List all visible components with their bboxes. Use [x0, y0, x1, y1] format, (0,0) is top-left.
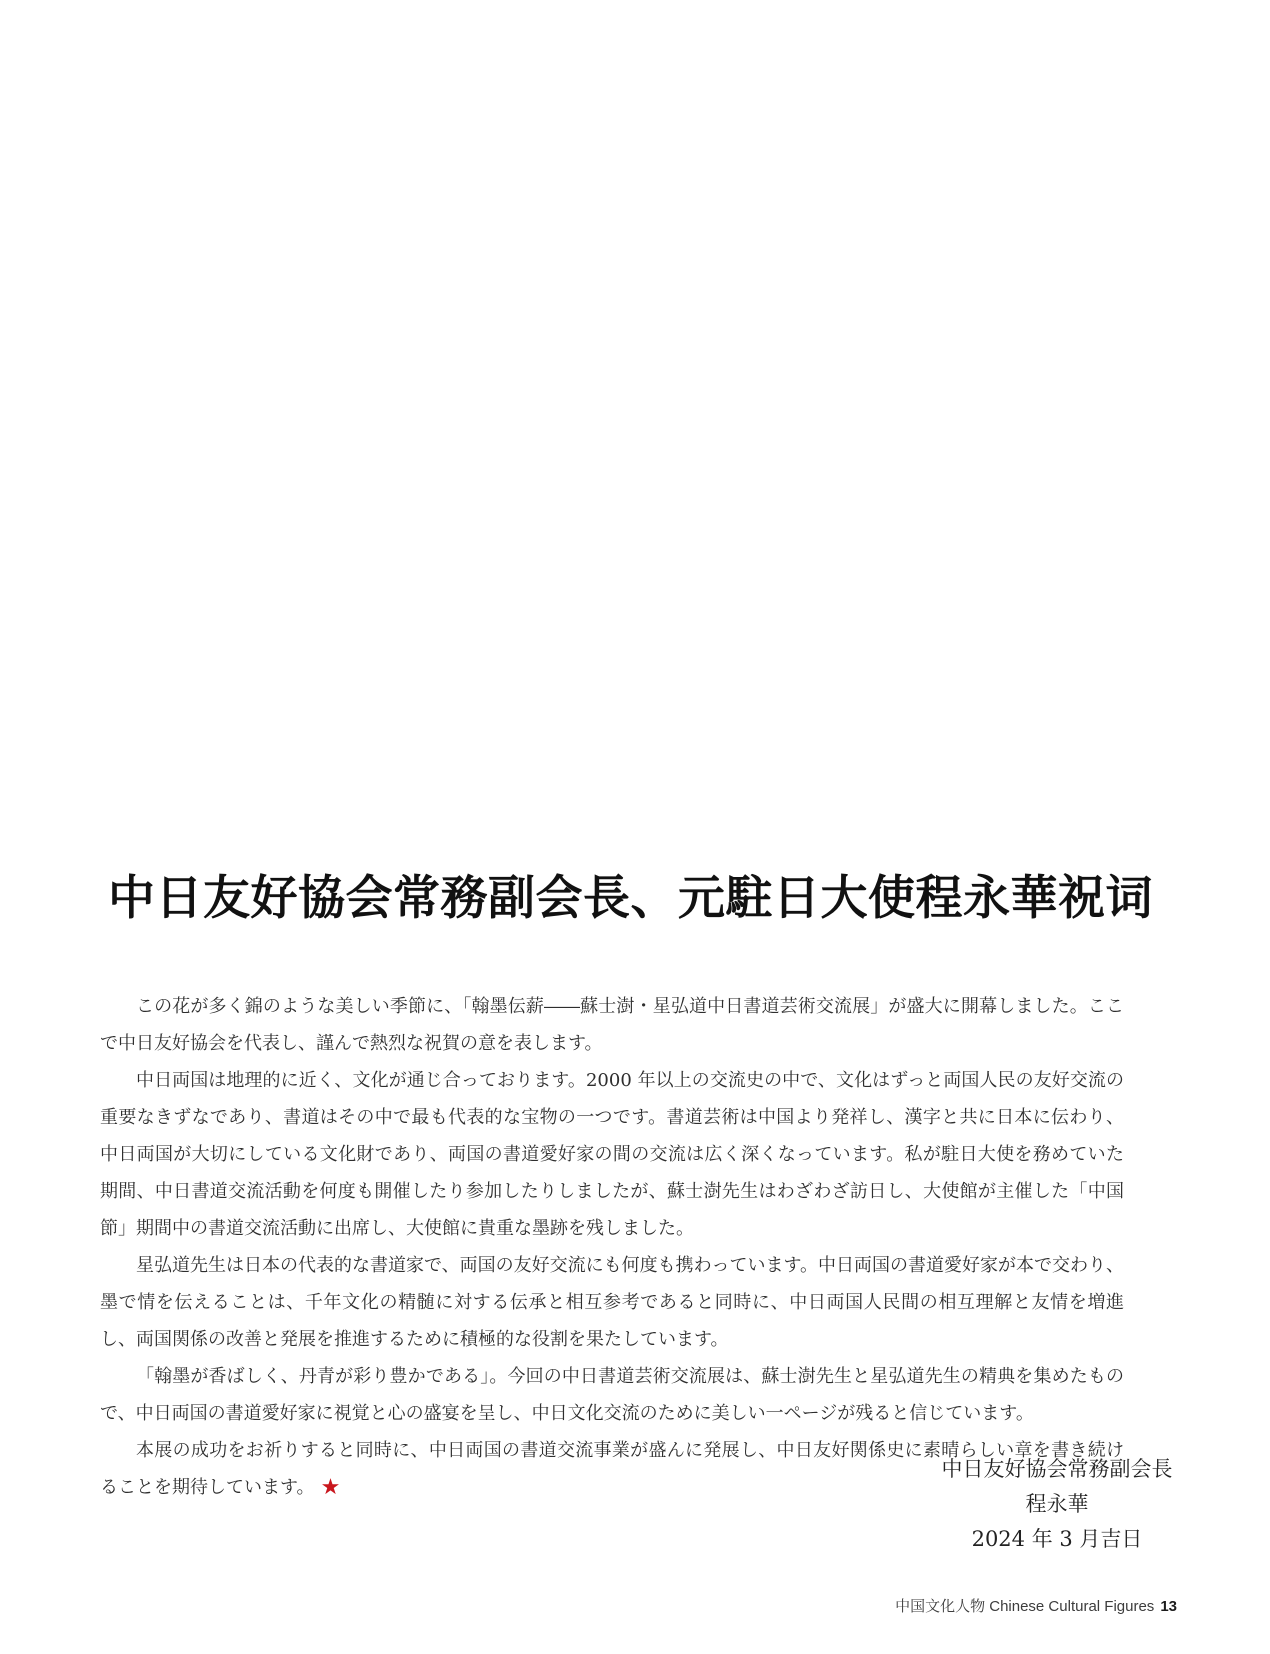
article-body: この花が多く錦のような美しい季節に、「翰墨伝薪――蘇士澍・星弘道中日書道芸術交流… [100, 988, 1124, 1506]
signature-title: 中日友好協会常務副会長 [876, 1452, 1238, 1487]
end-of-article-star-icon: ★ [321, 1475, 341, 1500]
signature-name: 程永華 [876, 1487, 1238, 1522]
body-paragraph: この花が多く錦のような美しい季節に、「翰墨伝薪――蘇士澍・星弘道中日書道芸術交流… [100, 988, 1124, 1062]
article-title: 中日友好協会常務副会長、元駐日大使程永華祝词 [108, 861, 1168, 928]
footer-publication-label: 中国文化人物 Chinese Cultural Figures [895, 1598, 1154, 1615]
footer-page-number: 13 [1160, 1598, 1177, 1615]
body-paragraph: 星弘道先生は日本の代表的な書道家で、両国の友好交流にも何度も携わっています。中日… [100, 1247, 1124, 1358]
page-footer: 中国文化人物 Chinese Cultural Figures13 [895, 1595, 1177, 1616]
signature-block: 中日友好協会常務副会長 程永華 2024 年 3 月吉日 [876, 1452, 1238, 1557]
signature-date: 2024 年 3 月吉日 [876, 1522, 1238, 1557]
body-paragraph: 「翰墨が香ばしく、丹青が彩り豊かである」。今回の中日書道芸術交流展は、蘇士澍先生… [100, 1358, 1124, 1432]
magazine-page: 中日友好協会常務副会長、元駐日大使程永華祝词 この花が多く錦のような美しい季節に… [0, 0, 1270, 1654]
body-paragraph: 中日両国は地理的に近く、文化が通じ合っております。2000 年以上の交流史の中で… [100, 1062, 1124, 1247]
